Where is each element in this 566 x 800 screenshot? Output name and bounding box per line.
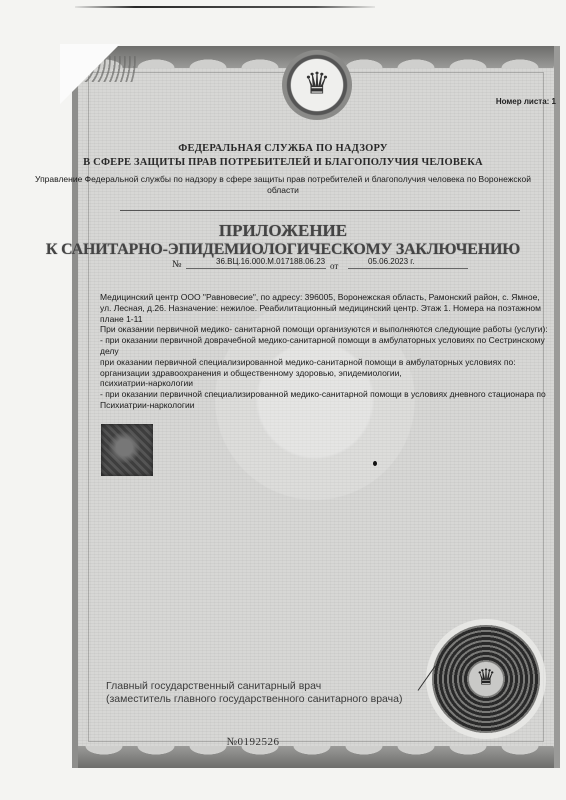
guilloche-border-bottom [78,746,554,768]
signer-title-line2: (заместитель главного государственного с… [106,693,402,706]
document-number: 36.ВЦ.16.000.М.017188.06.23 [216,257,325,266]
divider [120,210,520,211]
signer-title: Главный государственный санитарный врач … [106,680,402,705]
date-underline [348,268,468,269]
number-underline [186,268,326,269]
sheet-number: Номер листа: 1 [496,97,556,106]
document-title: ПРИЛОЖЕНИЕ К САНИТАРНО-ЭПИДЕМИОЛОГИЧЕСКО… [0,221,566,259]
serial-number: №0192526 [0,736,506,748]
date-prefix: от [330,261,338,271]
document-body: Медицинский центр ООО "Равновесие", по а… [100,292,548,411]
body-paragraph: при оказании первичной специализированно… [100,357,548,379]
document-title-line1: ПРИЛОЖЕНИЕ [0,221,566,240]
seal-eagle-icon: ♛ [476,665,496,691]
body-paragraph: При оказании первичной медико- санитарно… [100,324,548,335]
scan-edge-line [75,6,375,8]
body-paragraph: - при оказании первичной доврачебной мед… [100,335,548,357]
body-paragraph: психиатрии-наркологии [100,378,548,389]
document-date: 05.06.2023 г. [368,257,414,266]
folded-corner [60,44,120,104]
body-paragraph: - при оказании первичной специализирован… [100,389,548,400]
number-sign: № [172,259,182,270]
body-paragraph: Психиатрии-наркологии [100,400,548,411]
emblem-icon: ♛ [282,50,352,120]
body-paragraph: Медицинский центр ООО "Равновесие", по а… [100,292,548,324]
hologram-icon [101,424,153,476]
seal-icon: ♛ [432,625,540,733]
ink-dot [373,461,377,466]
eagle-icon: ♛ [304,69,331,99]
document-number-line: № 36.ВЦ.16.000.М.017188.06.23 от 05.06.2… [172,256,492,272]
department-name: Управление Федеральной службы по надзору… [20,174,546,196]
agency-title: ФЕДЕРАЛЬНАЯ СЛУЖБА ПО НАДЗОРУ В СФЕРЕ ЗА… [0,142,566,170]
agency-title-line2: В СФЕРЕ ЗАЩИТЫ ПРАВ ПОТРЕБИТЕЛЕЙ И БЛАГО… [0,156,566,170]
agency-title-line1: ФЕДЕРАЛЬНАЯ СЛУЖБА ПО НАДЗОРУ [0,142,566,156]
signer-title-line1: Главный государственный санитарный врач [106,680,402,693]
